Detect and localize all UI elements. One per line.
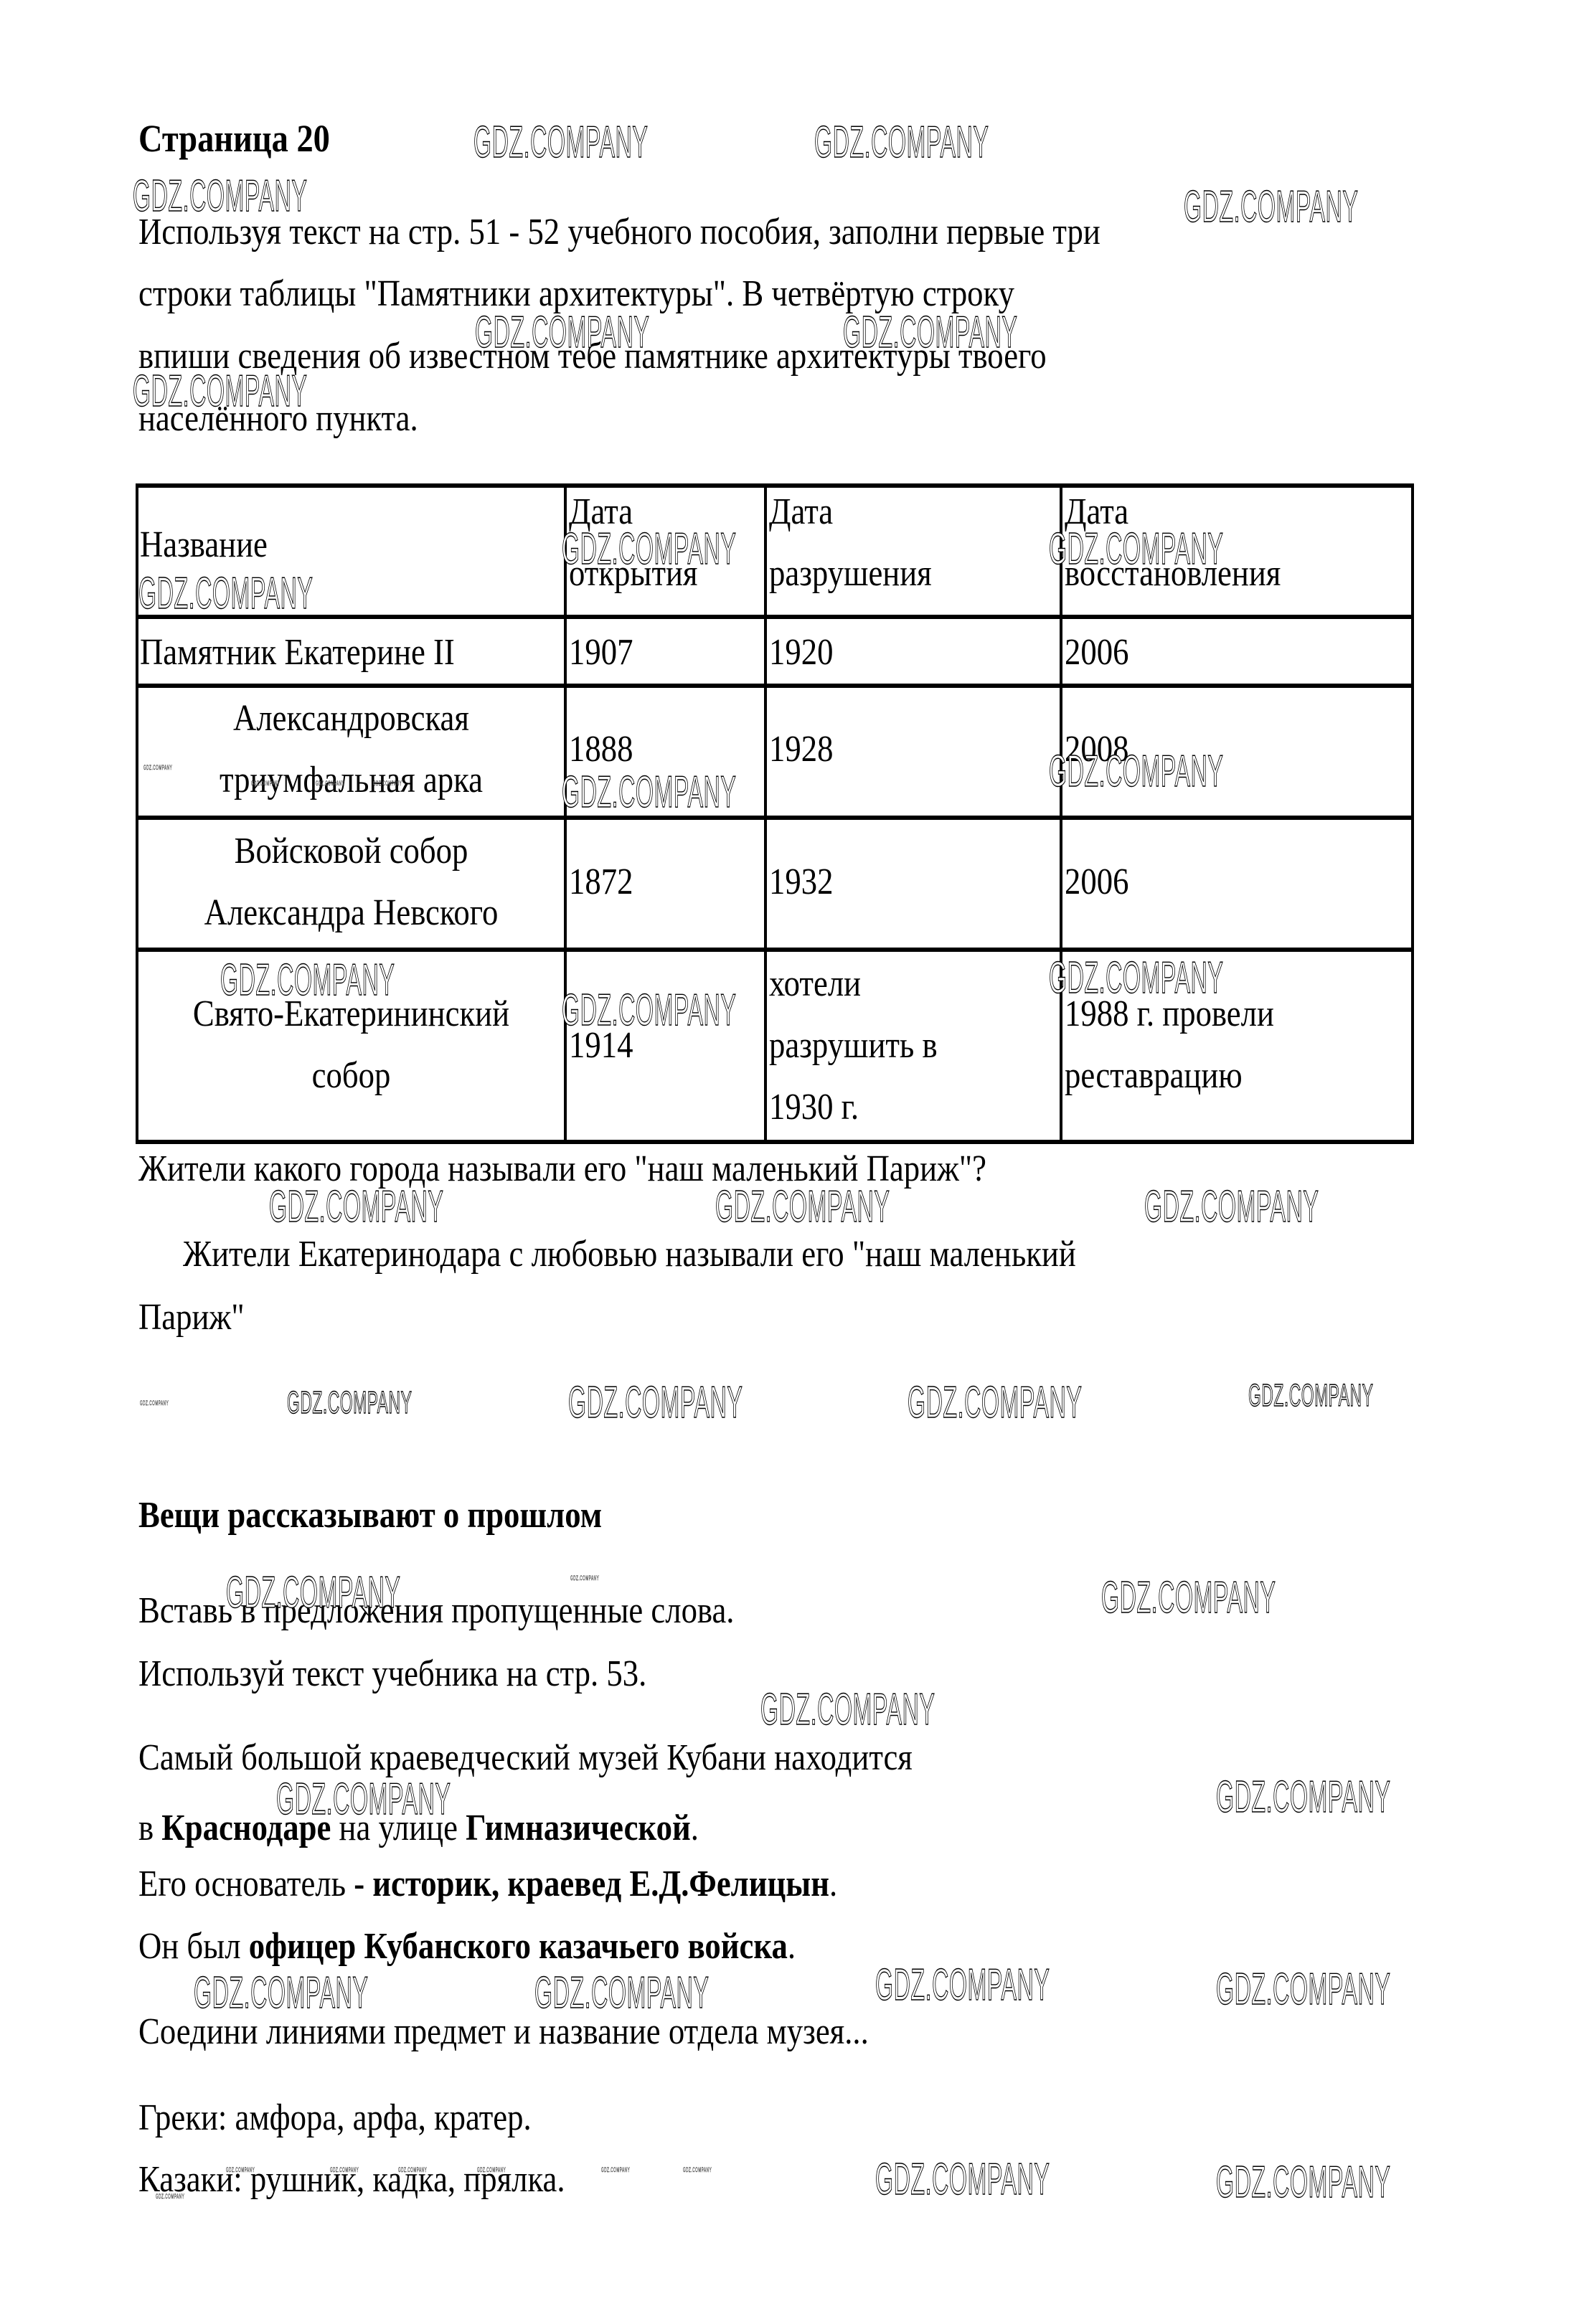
watermark: GDZ.COMPANY [269, 1185, 443, 1229]
watermark: GDZ.COMPANY [251, 780, 280, 787]
task-use-textbook: Используй текст учебника на стр. 53. [138, 1655, 646, 1693]
table-border [136, 948, 1414, 952]
watermark: GDZ.COMPANY [477, 2167, 506, 2173]
sentence-1-line-1: Самый большой краеведческий музей Кубани… [138, 1739, 913, 1777]
text: . [788, 1926, 796, 1967]
row1-opened: 1907 [569, 634, 633, 671]
row2-name-l1: Александровская [169, 700, 534, 737]
watermark: GDZ.COMPANY [715, 1185, 890, 1229]
watermark: GDZ.COMPANY [287, 1387, 412, 1419]
row3-destroyed: 1932 [769, 864, 833, 901]
page-title: Страница 20 [138, 119, 330, 158]
row1-name: Памятник Екатерине II [140, 634, 455, 671]
row4-name-l2: собор [169, 1057, 534, 1095]
watermark: GDZ.COMPANY [473, 121, 648, 165]
watermark: GDZ.COMPANY [156, 2193, 184, 2200]
watermark: GDZ.COMPANY [908, 1381, 1082, 1425]
table-border [1060, 483, 1062, 1144]
table-border [764, 483, 767, 1144]
watermark: GDZ.COMPANY [534, 1971, 709, 2016]
watermark: GDZ.COMPANY [194, 1971, 368, 2016]
watermark: GDZ.COMPANY [226, 1571, 400, 1615]
table-border [136, 816, 1414, 820]
header-name: Название [140, 526, 268, 564]
watermark: GDZ.COMPANY [276, 1777, 451, 1822]
watermark: GDZ.COMPANY [875, 2158, 1050, 2202]
row4-restored-l2: реставрацию [1065, 1057, 1243, 1095]
task-connect-lines: Соедини линиями предмет и название отдел… [138, 2013, 869, 2051]
watermark: GDZ.COMPANY [140, 1400, 169, 1407]
row3-restored: 2006 [1065, 864, 1128, 901]
answer-line-1: Жители Екатеринодара с любовью называли … [183, 1236, 1076, 1273]
watermark: GDZ.COMPANY [143, 765, 172, 771]
watermark: GDZ.COMPANY [398, 2167, 427, 2173]
watermark: GDZ.COMPANY [1144, 1185, 1319, 1229]
row2-name-l2: триумфальная арка [169, 762, 534, 799]
text: Он был [138, 1926, 249, 1967]
watermark: GDZ.COMPANY [760, 1688, 935, 1732]
row2-opened: 1888 [569, 731, 633, 768]
row4-destroyed-l2: разрушить в [769, 1027, 938, 1064]
watermark: GDZ.COMPANY [138, 572, 313, 616]
row1-restored: 2006 [1065, 634, 1128, 671]
watermark: GDZ.COMPANY [562, 527, 736, 572]
watermark: GDZ.COMPANY [1049, 527, 1223, 572]
table-border [136, 1140, 1414, 1144]
watermark: GDZ.COMPANY [316, 780, 344, 787]
watermark: GDZ.COMPANY [1049, 956, 1223, 1001]
text: . [829, 1864, 837, 1904]
watermark: GDZ.COMPANY [133, 174, 307, 219]
watermark: GDZ.COMPANY [330, 2167, 359, 2173]
row3-opened: 1872 [569, 864, 633, 901]
section-heading: Вещи рассказывают о прошлом [138, 1497, 602, 1534]
watermark: GDZ.COMPANY [683, 2167, 712, 2173]
text: в [138, 1808, 161, 1848]
answer-street: Гимназической [466, 1808, 691, 1848]
watermark: GDZ.COMPANY [601, 2167, 630, 2173]
watermark: GDZ.COMPANY [1184, 185, 1358, 230]
watermark: GDZ.COMPANY [814, 121, 989, 165]
watermark: GDZ.COMPANY [570, 1575, 599, 1582]
row3-name-l1: Войсковой собор [169, 833, 534, 870]
row3-name-l2: Александра Невского [169, 894, 534, 932]
row2-destroyed: 1928 [769, 731, 833, 768]
watermark: GDZ.COMPANY [1248, 1380, 1373, 1412]
table-border [1411, 483, 1414, 1144]
watermark: GDZ.COMPANY [1216, 1968, 1390, 2012]
watermark: GDZ.COMPANY [1216, 2160, 1390, 2205]
watermark: GDZ.COMPANY [1101, 1576, 1276, 1620]
sentence-3: Он был офицер Кубанского казачьего войск… [138, 1928, 796, 1965]
row1-destroyed: 1920 [769, 634, 833, 671]
watermark: GDZ.COMPANY [226, 2167, 255, 2173]
watermark: GDZ.COMPANY [1049, 750, 1223, 794]
watermark: GDZ.COMPANY [1216, 1775, 1390, 1820]
answer-founder: - историк, краевед Е.Д.Фелицын [354, 1864, 829, 1904]
watermark: GDZ.COMPANY [373, 780, 402, 787]
watermark: GDZ.COMPANY [875, 1963, 1050, 2008]
greeks-items: Греки: амфора, арфа, кратер. [138, 2099, 532, 2137]
header-destroyed-l1: Дата [769, 493, 833, 531]
header-destroyed-l2: разрушения [769, 555, 932, 592]
watermark: GDZ.COMPANY [843, 311, 1017, 355]
answer-line-2: Париж" [138, 1299, 245, 1336]
monuments-table: Название Дата открытия Дата разрушения Д… [136, 483, 1414, 1144]
table-border [136, 483, 1414, 488]
row4-destroyed-l3: 1930 г. [769, 1089, 859, 1126]
watermark: GDZ.COMPANY [475, 311, 649, 355]
watermark: GDZ.COMPANY [220, 958, 395, 1003]
row4-destroyed-l1: хотели [769, 965, 861, 1003]
sentence-2: Его основатель - историк, краевед Е.Д.Фе… [138, 1866, 837, 1903]
watermark: GDZ.COMPANY [562, 770, 736, 815]
table-border [136, 615, 1414, 619]
text: Его основатель [138, 1864, 354, 1904]
text: . [691, 1808, 699, 1848]
answer-officer: офицер Кубанского казачьего войска [249, 1926, 788, 1967]
watermark: GDZ.COMPANY [133, 369, 307, 414]
watermark: GDZ.COMPANY [562, 988, 736, 1033]
table-border [136, 684, 1414, 688]
watermark: GDZ.COMPANY [568, 1381, 743, 1425]
